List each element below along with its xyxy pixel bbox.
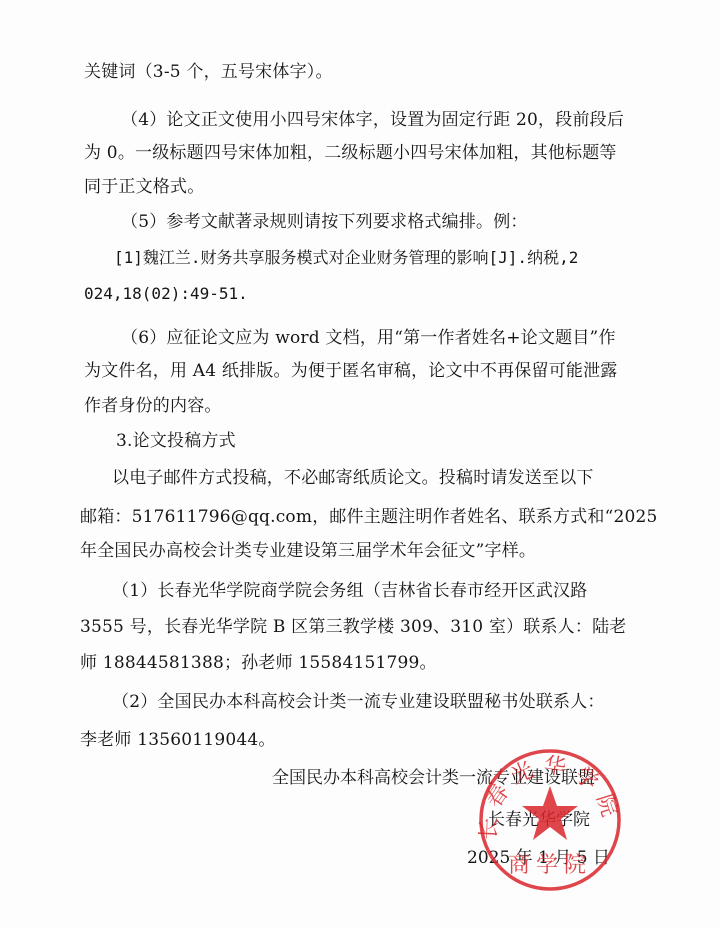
- text-line-keywords: 关键词（3-5 个，五号宋体字）。: [84, 61, 333, 83]
- text-line-contact2-a: （2）全国民办本科高校会计类一流专业建设联盟秘书处联系人：: [112, 691, 605, 713]
- document-page: 关键词（3-5 个，五号宋体字）。 （4）论文正文使用小四号宋体字，设置为固定行…: [0, 0, 720, 928]
- text-line-item4-b: 为 0。一级标题四号宋体加粗，二级标题小四号宋体加粗，其他标题等: [84, 142, 617, 164]
- text-line-item6-a: （6）应征论文应为 word 文档，用“第一作者姓名+论文题目”作: [121, 327, 616, 349]
- text-line-item6-b: 为文件名，用 A4 纸排版。为便于匿名审稿，论文中不再保留可能泄露: [84, 360, 618, 382]
- signature-date: 2025 年 1 月 5 日: [467, 847, 610, 869]
- text-line-item4-a: （4）论文正文使用小四号宋体字，设置为固定行距 20，段前段后: [121, 109, 624, 131]
- text-line-contact2-b: 李老师 13560119044。: [80, 729, 276, 751]
- reference-example-b: 024,18(02):49-51.: [84, 283, 248, 305]
- text-line-submit-b: 邮箱：517611796@qq.com，邮件主题注明作者姓名、联系方式和“202…: [80, 506, 658, 528]
- text-line-contact1-c: 师 18844581388；孙老师 15584151799。: [80, 652, 437, 674]
- text-line-item5: （5）参考文献著录规则请按下列要求格式编排。例：: [121, 211, 528, 233]
- text-line-contact1-b: 3555 号，长春光华学院 B 区第三教学楼 309、310 室）联系人：陆老: [80, 616, 626, 638]
- text-line-item6-c: 作者身份的内容。: [84, 395, 222, 417]
- text-line-contact1-a: （1）长春光华学院商学院会务组（吉林省长春市经开区武汉路: [112, 580, 587, 602]
- reference-example-a: [1]魏江兰.财务共享服务模式对企业财务管理的影响[J].纳税,2: [114, 247, 578, 269]
- signature-organization: 全国民办本科高校会计类一流专业建设联盟: [272, 767, 595, 789]
- text-line-submit-c: 年全国民办高校会计类专业建设第三届学术年会征文”字样。: [80, 540, 536, 562]
- signature-institution: 长春光华学院: [488, 809, 590, 831]
- section-heading-submission: 3.论文投稿方式: [116, 430, 236, 452]
- text-line-item4-c: 同于正文格式。: [84, 176, 204, 198]
- text-line-submit-a: 以电子邮件方式投稿，不必邮寄纸质论文。投稿时请发送至以下: [112, 467, 594, 489]
